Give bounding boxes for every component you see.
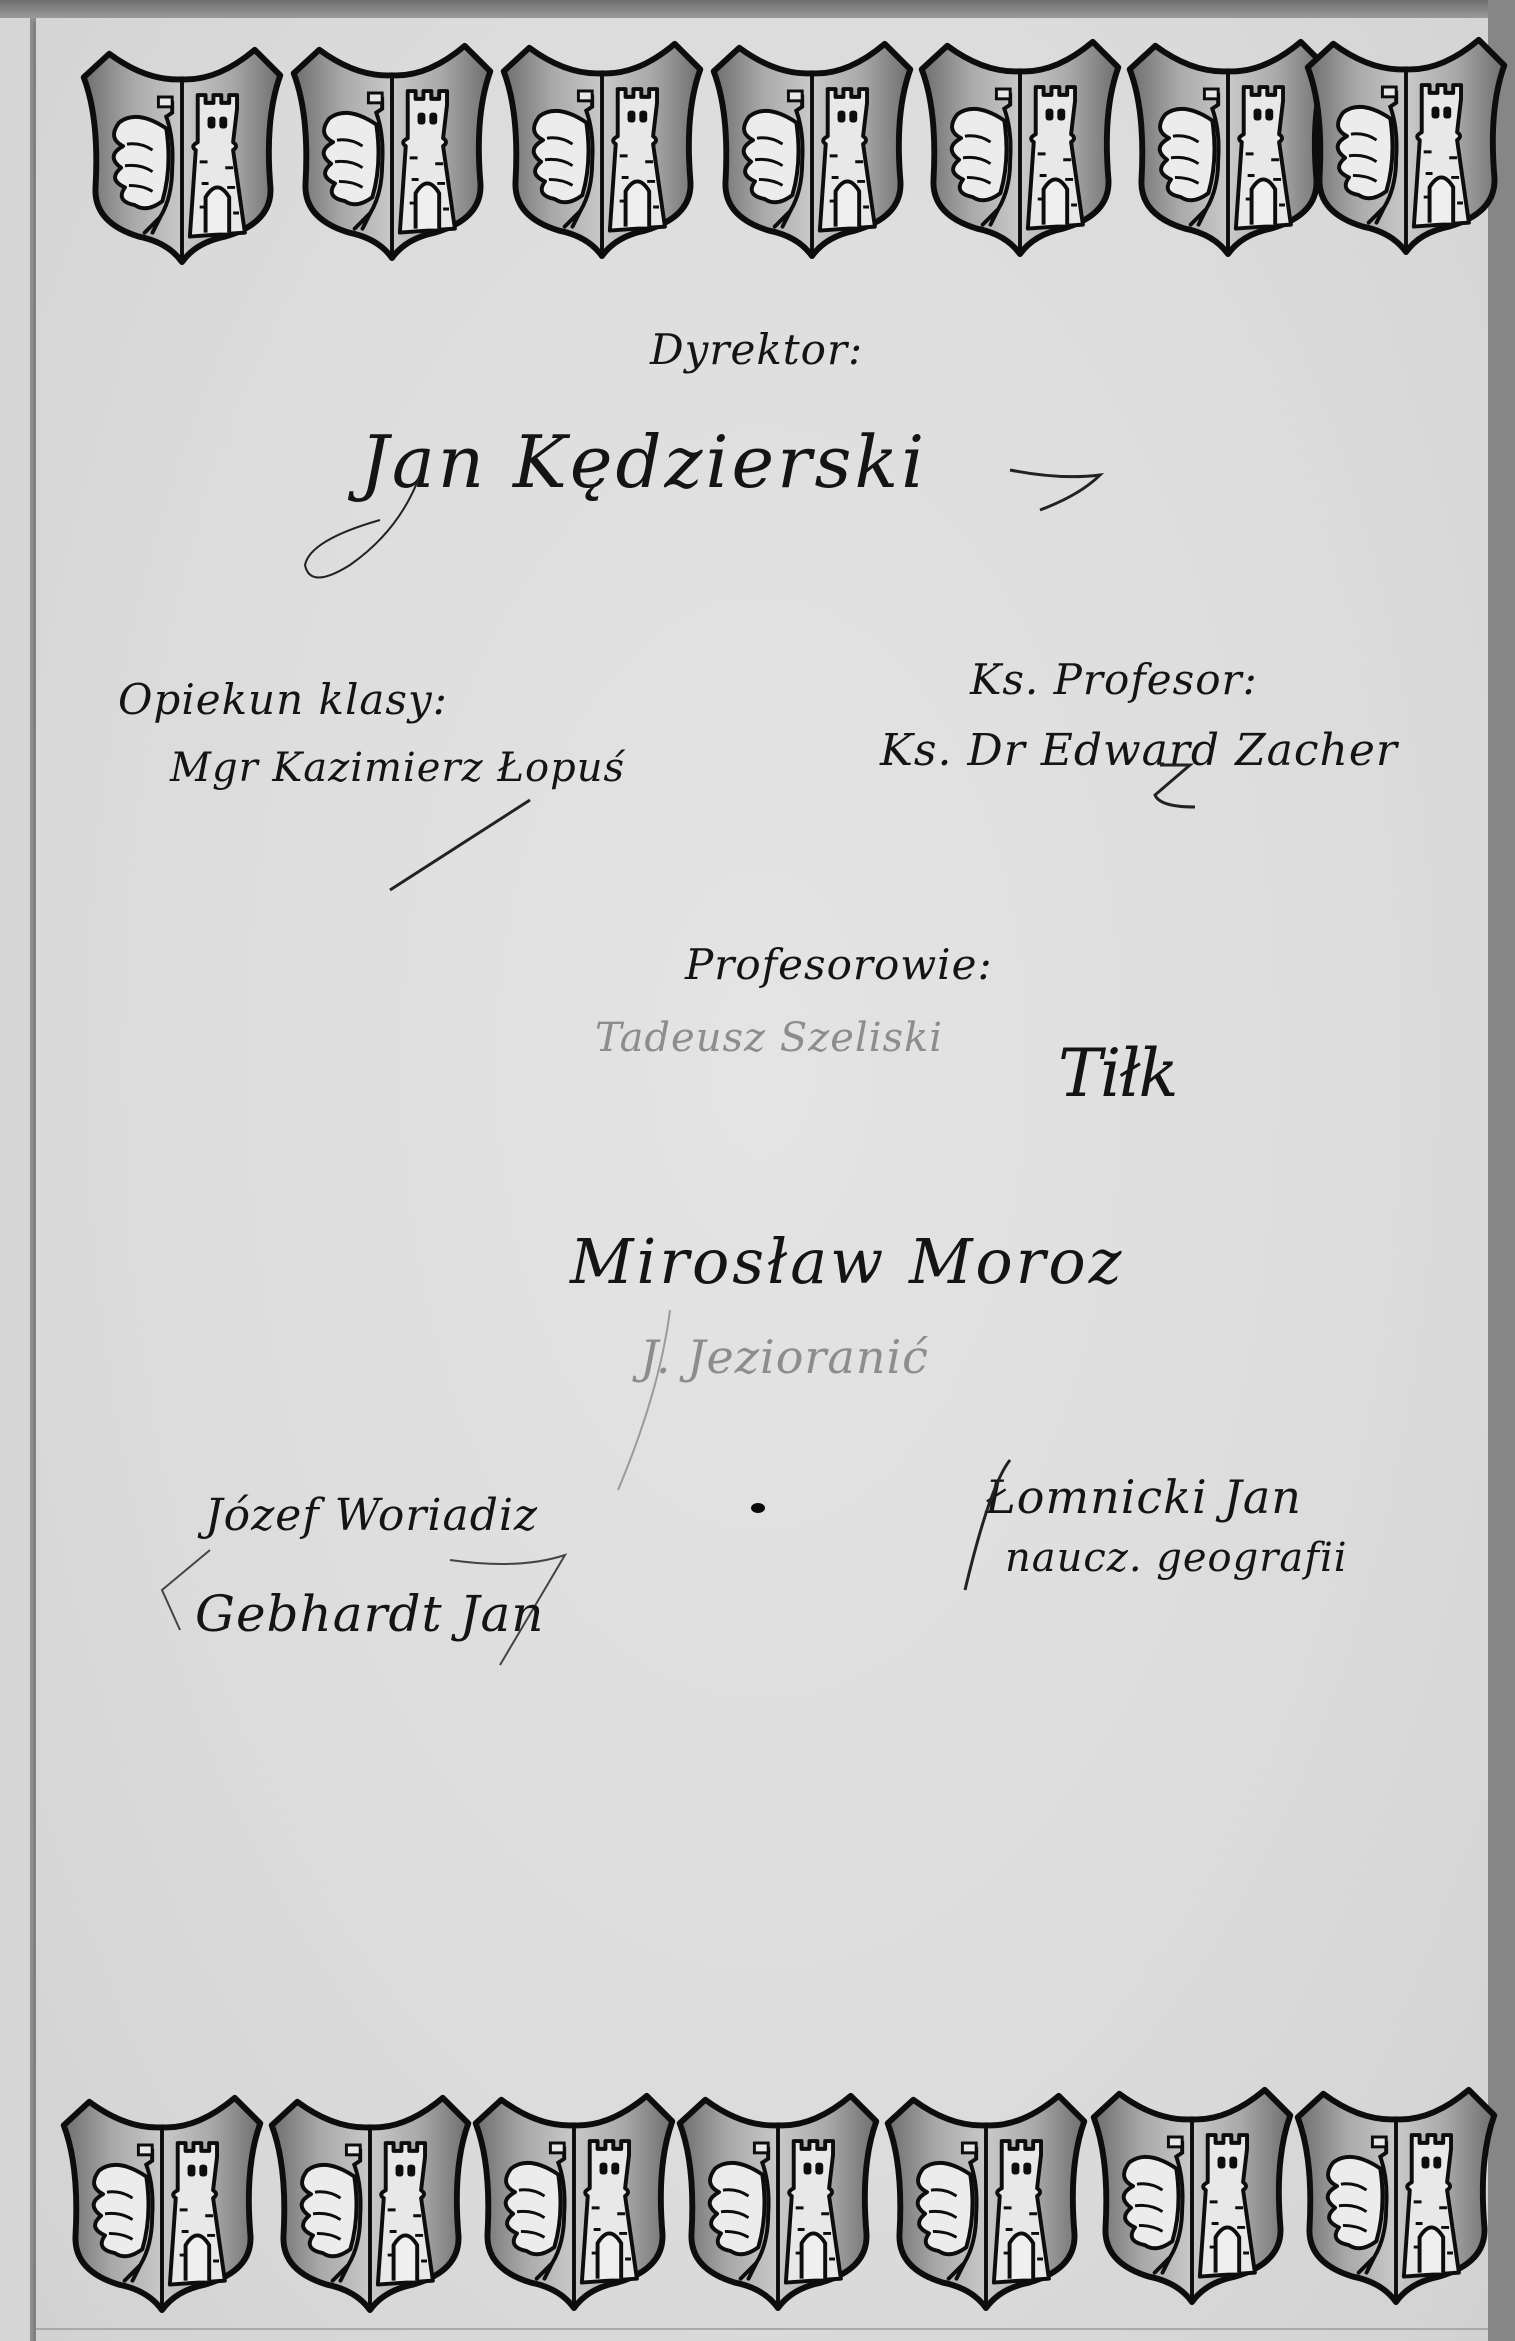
professor-signature: Józef Woriadiz [205,1490,538,1541]
coat-of-arms-eagle-tower-icon [496,34,708,262]
coat-of-arms-eagle-tower-icon [706,34,918,262]
page-bottom-edge [36,2328,1488,2330]
professor-signature: Mirosław Moroz [570,1225,1124,1298]
coat-of-arms-eagle-tower-icon [264,2088,476,2316]
professors-heading: Profesorowie: [685,940,993,989]
geography-teacher-title: naucz. geografii [1005,1535,1348,1581]
scan-right-edge [1488,0,1515,2341]
previous-page-strip [0,18,30,2341]
professor-signature: Gebhardt Jan [195,1585,545,1643]
signature-flourish [960,1455,1020,1595]
signature-flourish [1000,460,1120,520]
scan-top-edge [0,0,1515,18]
coat-of-arms-eagle-tower-icon [56,2088,268,2316]
class-guardian-heading: Opiekun klasy: [118,675,448,724]
coat-of-arms-eagle-tower-icon [468,2086,680,2314]
coat-of-arms-eagle-tower-icon [914,32,1126,260]
professor-signature: Tiłk [1058,1035,1177,1112]
director-signature: Jan Kędzierski [360,420,927,504]
coat-of-arms-eagle-tower-icon [672,2086,884,2314]
priest-professor-heading: Ks. Profesor: [970,655,1258,704]
signature-flourish [1150,745,1230,815]
signature-flourish [610,1300,690,1500]
priest-professor-signature: Ks. Dr Edward Zacher [880,725,1398,776]
coat-of-arms-eagle-tower-icon [1300,30,1512,258]
signature-flourish [380,780,540,900]
coat-of-arms-eagle-tower-icon [1086,2080,1298,2308]
geography-teacher-signature: Łomnicki Jan [985,1470,1302,1524]
coat-of-arms-eagle-tower-icon [286,36,498,264]
coat-of-arms-eagle-tower-icon [76,40,288,268]
signature-flourish [290,470,430,590]
coat-of-arms-eagle-tower-icon [1290,2080,1502,2308]
director-heading: Dyrektor: [650,325,863,374]
professor-signature-faint: Tadeusz Szeliski [595,1015,943,1061]
ink-dot [751,1503,765,1513]
coat-of-arms-eagle-tower-icon [880,2086,1092,2314]
binding-fold [33,22,36,2341]
